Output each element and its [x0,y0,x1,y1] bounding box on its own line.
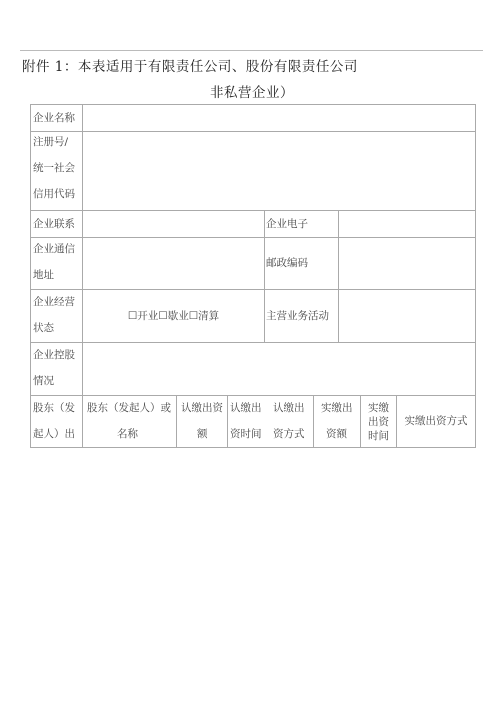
address-field[interactable] [82,237,265,290]
col-paid-time-line3: 时间 [368,431,389,442]
status-label-cell: 企业经营 状态 [30,289,83,343]
col-paid-method: 实缴出资方式 [396,395,476,448]
holding-label-cell: 企业控股 情况 [30,342,83,396]
registration-label-cell: 注册号/ 统一社会 信用代码 [30,131,83,211]
shareholders-label-line2: 起人）出 [33,429,75,440]
col-paid-time-line2: 出资 [368,417,389,428]
col-paid-time-line1: 实缴 [368,403,389,414]
address-label-line1: 企业通信 [33,244,75,255]
email-label-cell: 企业电子 [264,210,339,238]
top-divider [20,50,483,51]
col-paid-time: 实缴 出资 时间 [360,395,397,448]
registration-label-line3: 信用代码 [33,189,75,200]
col-paid-amount-line1: 实缴出 [321,403,353,414]
registration-field[interactable] [82,131,476,211]
contact-label: 企业联系 [33,219,75,230]
address-label-line2: 地址 [33,270,54,281]
holding-field[interactable] [82,342,476,396]
status-label-line1: 企业经营 [33,297,75,308]
col-paid-amount: 实缴出 资额 [313,395,361,448]
company-name-label-cell: 企业名称 [30,104,83,132]
col-paid-amount-line2: 资额 [326,429,347,440]
col-subscribed-time-line1: 认缴出 [230,403,262,414]
postcode-field[interactable] [338,237,476,290]
status-label-line2: 状态 [33,323,54,334]
col-shareholder-name-line1: 股东（发起人）或 [87,403,171,414]
col-shareholder-name-line2: 名称 [117,429,138,440]
col-subscribed-time-method: 认缴出 资时间 认缴出 资方式 [227,395,314,448]
col-shareholder-name: 股东（发起人）或 名称 [82,395,177,448]
contact-field[interactable] [82,210,265,238]
email-label: 企业电子 [266,219,308,230]
col-subscribed-amount-line2: 额 [197,429,208,440]
col-subscribed-method-line1: 认缴出 [273,403,305,414]
main-business-label-cell: 主营业务活动 [264,289,339,343]
col-subscribed-method-line2: 资方式 [273,429,305,440]
main-business-field[interactable] [338,289,476,343]
shareholders-label-line1: 股东（发 [33,403,75,414]
main-business-label: 主营业务活动 [266,311,329,322]
address-label-cell: 企业通信 地址 [30,237,83,290]
contact-label-cell: 企业联系 [30,210,83,238]
col-subscribed-amount: 认缴出资 额 [176,395,228,448]
holding-label-line1: 企业控股 [33,350,75,361]
registration-label-line1: 注册号/ [33,137,68,148]
col-paid-method-label: 实缴出资方式 [405,416,468,427]
status-checkbox-group[interactable]: ☐开业☐歇业☐清算 [128,311,219,322]
shareholders-label-cell: 股东（发 起人）出 [30,395,83,448]
postcode-label: 邮政编码 [266,258,308,269]
col-subscribed-time-line2: 资时间 [230,429,262,440]
status-options[interactable]: ☐开业☐歇业☐清算 [82,289,265,343]
form-heading: 附件 1：本表适用于有限责任公司、股份有限责任公司 [22,55,358,75]
holding-label-line2: 情况 [33,376,54,387]
form-heading-continued: 非私营企业） [210,81,294,101]
company-name-field[interactable] [82,104,476,132]
company-name-label: 企业名称 [33,113,75,124]
email-field[interactable] [338,210,476,238]
col-subscribed-amount-line1: 认缴出资 [181,403,223,414]
postcode-label-cell: 邮政编码 [264,237,339,290]
registration-label-line2: 统一社会 [33,163,75,174]
